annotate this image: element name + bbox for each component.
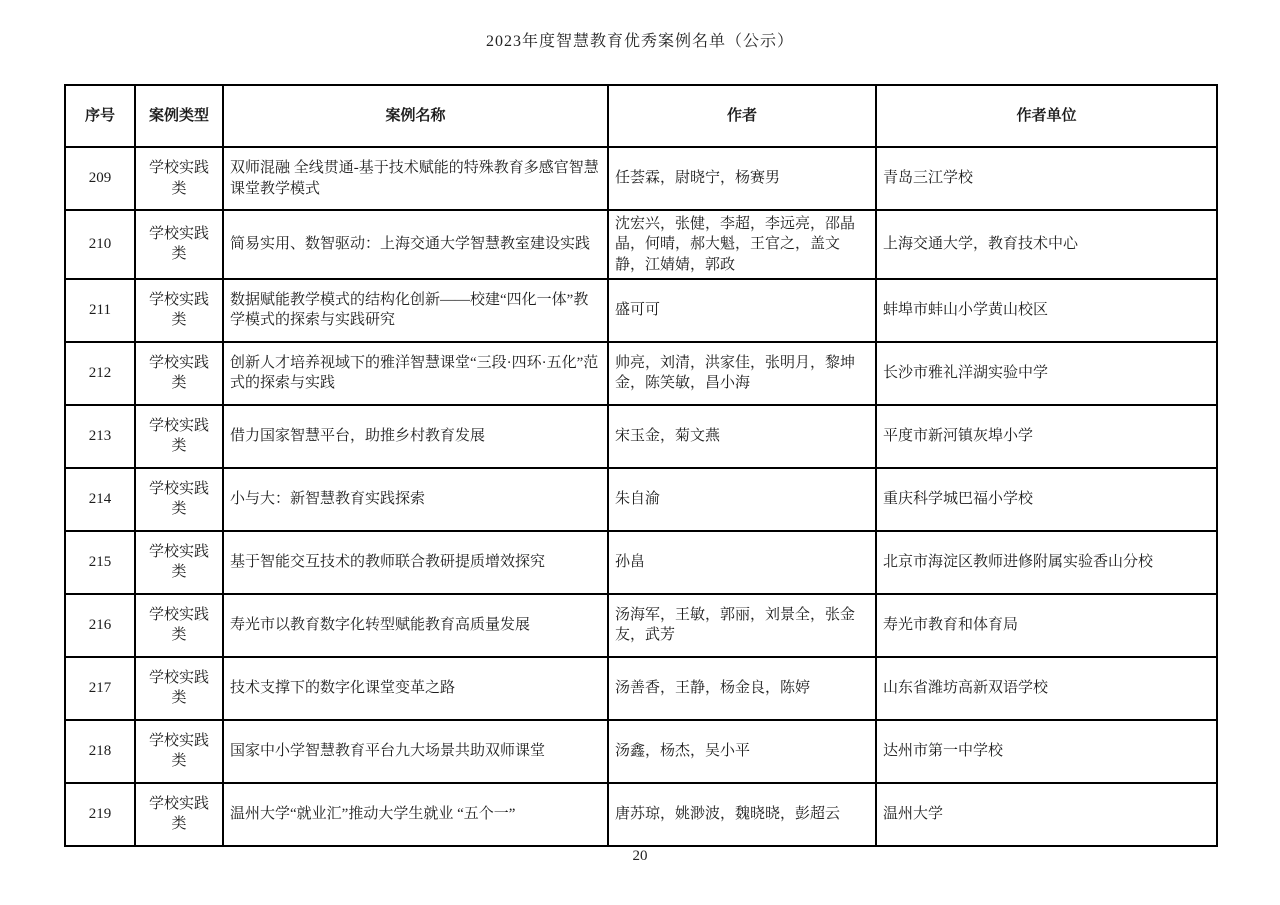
- cell-no: 213: [65, 405, 135, 468]
- cell-no: 212: [65, 342, 135, 405]
- table-row: 214 学校实践类 小与大：新智慧教育实践探索 朱自渝 重庆科学城巴福小学校: [65, 468, 1217, 531]
- cell-title: 技术支撑下的数字化课堂变革之路: [223, 657, 608, 720]
- page-title: 2023年度智慧教育优秀案例名单（公示）: [0, 28, 1280, 51]
- cell-authors: 汤善香，王静，杨金良，陈婷: [608, 657, 876, 720]
- cell-type: 学校实践类: [135, 468, 223, 531]
- cell-unit: 长沙市雅礼洋湖实验中学: [876, 342, 1217, 405]
- cell-authors: 任荟霖，尉晓宁，杨赛男: [608, 147, 876, 210]
- cell-no: 211: [65, 279, 135, 342]
- header-cell-author: 作者: [608, 85, 876, 147]
- cell-type: 学校实践类: [135, 210, 223, 279]
- table-row: 209 学校实践类 双师混融 全线贯通-基于技术赋能的特殊教育多感官智慧课堂教学…: [65, 147, 1217, 210]
- cell-no: 214: [65, 468, 135, 531]
- header-cell-title: 案例名称: [223, 85, 608, 147]
- cell-title: 借力国家智慧平台，助推乡村教育发展: [223, 405, 608, 468]
- cell-type: 学校实践类: [135, 147, 223, 210]
- cell-unit: 蚌埠市蚌山小学黄山校区: [876, 279, 1217, 342]
- cell-no: 209: [65, 147, 135, 210]
- cell-authors: 朱自渝: [608, 468, 876, 531]
- cell-no: 218: [65, 720, 135, 783]
- cell-type: 学校实践类: [135, 531, 223, 594]
- header-cell-unit: 作者单位: [876, 85, 1217, 147]
- cell-type: 学校实践类: [135, 342, 223, 405]
- cell-unit: 温州大学: [876, 783, 1217, 846]
- cell-authors: 沈宏兴，张健，李超，李远亮，邵晶晶，何晴，郝大魁，王官之，盖文静，江婧婧，郭政: [608, 210, 876, 279]
- cell-title: 简易实用、数智驱动：上海交通大学智慧教室建设实践: [223, 210, 608, 279]
- cell-unit: 北京市海淀区教师进修附属实验香山分校: [876, 531, 1217, 594]
- cell-unit: 上海交通大学，教育技术中心: [876, 210, 1217, 279]
- cell-title: 寿光市以教育数字化转型赋能教育高质量发展: [223, 594, 608, 657]
- cell-title: 创新人才培养视域下的雅洋智慧课堂“三段·四环·五化”范式的探索与实践: [223, 342, 608, 405]
- cell-authors: 汤鑫，杨杰，吴小平: [608, 720, 876, 783]
- cell-type: 学校实践类: [135, 657, 223, 720]
- cell-no: 216: [65, 594, 135, 657]
- table-row: 218 学校实践类 国家中小学智慧教育平台九大场景共助双师课堂 汤鑫，杨杰，吴小…: [65, 720, 1217, 783]
- table-row: 215 学校实践类 基于智能交互技术的教师联合教研提质增效探究 孙畠 北京市海淀…: [65, 531, 1217, 594]
- cell-unit: 平度市新河镇灰埠小学: [876, 405, 1217, 468]
- cell-authors: 唐苏琼，姚渺波，魏晓晓，彭超云: [608, 783, 876, 846]
- table-row: 217 学校实践类 技术支撑下的数字化课堂变革之路 汤善香，王静，杨金良，陈婷 …: [65, 657, 1217, 720]
- table-row: 219 学校实践类 温州大学“就业汇”推动大学生就业 “五个一” 唐苏琼，姚渺波…: [65, 783, 1217, 846]
- cell-unit: 山东省潍坊高新双语学校: [876, 657, 1217, 720]
- header-row: 序号 案例类型 案例名称 作者 作者单位: [65, 85, 1217, 147]
- table-row: 211 学校实践类 数据赋能教学模式的结构化创新——校建“四化一体”教学模式的探…: [65, 279, 1217, 342]
- cell-authors: 汤海军，王敏，郭丽，刘景全，张金友，武芳: [608, 594, 876, 657]
- cell-title: 基于智能交互技术的教师联合教研提质增效探究: [223, 531, 608, 594]
- cell-unit: 青岛三江学校: [876, 147, 1217, 210]
- cell-authors: 宋玉金，菊文燕: [608, 405, 876, 468]
- cell-no: 217: [65, 657, 135, 720]
- cell-title: 双师混融 全线贯通-基于技术赋能的特殊教育多感官智慧课堂教学模式: [223, 147, 608, 210]
- cell-type: 学校实践类: [135, 594, 223, 657]
- header-cell-no: 序号: [65, 85, 135, 147]
- table-row: 212 学校实践类 创新人才培养视域下的雅洋智慧课堂“三段·四环·五化”范式的探…: [65, 342, 1217, 405]
- cell-authors: 盛可可: [608, 279, 876, 342]
- cell-unit: 达州市第一中学校: [876, 720, 1217, 783]
- cell-unit: 寿光市教育和体育局: [876, 594, 1217, 657]
- cell-title: 温州大学“就业汇”推动大学生就业 “五个一”: [223, 783, 608, 846]
- header-cell-type: 案例类型: [135, 85, 223, 147]
- cell-authors: 孙畠: [608, 531, 876, 594]
- table-row: 210 学校实践类 简易实用、数智驱动：上海交通大学智慧教室建设实践 沈宏兴，张…: [65, 210, 1217, 279]
- cell-unit: 重庆科学城巴福小学校: [876, 468, 1217, 531]
- page-number: 20: [0, 848, 1280, 865]
- cell-title: 数据赋能教学模式的结构化创新——校建“四化一体”教学模式的探索与实践研究: [223, 279, 608, 342]
- cell-type: 学校实践类: [135, 783, 223, 846]
- cell-type: 学校实践类: [135, 720, 223, 783]
- table-header: 序号 案例类型 案例名称 作者 作者单位: [65, 85, 1217, 147]
- cell-no: 219: [65, 783, 135, 846]
- table-body: 209 学校实践类 双师混融 全线贯通-基于技术赋能的特殊教育多感官智慧课堂教学…: [65, 147, 1217, 846]
- document-page: 2023年度智慧教育优秀案例名单（公示） 序号 案例类型 案例名称 作者 作者单…: [0, 0, 1280, 905]
- cell-authors: 帅亮，刘清，洪家佳，张明月，黎坤金，陈笑敏，昌小海: [608, 342, 876, 405]
- table-row: 213 学校实践类 借力国家智慧平台，助推乡村教育发展 宋玉金，菊文燕 平度市新…: [65, 405, 1217, 468]
- cell-no: 210: [65, 210, 135, 279]
- case-list-table: 序号 案例类型 案例名称 作者 作者单位 209 学校实践类 双师混融 全线贯通…: [64, 84, 1218, 847]
- cell-title: 国家中小学智慧教育平台九大场景共助双师课堂: [223, 720, 608, 783]
- cell-title: 小与大：新智慧教育实践探索: [223, 468, 608, 531]
- cell-type: 学校实践类: [135, 405, 223, 468]
- cell-type: 学校实践类: [135, 279, 223, 342]
- cell-no: 215: [65, 531, 135, 594]
- table-row: 216 学校实践类 寿光市以教育数字化转型赋能教育高质量发展 汤海军，王敏，郭丽…: [65, 594, 1217, 657]
